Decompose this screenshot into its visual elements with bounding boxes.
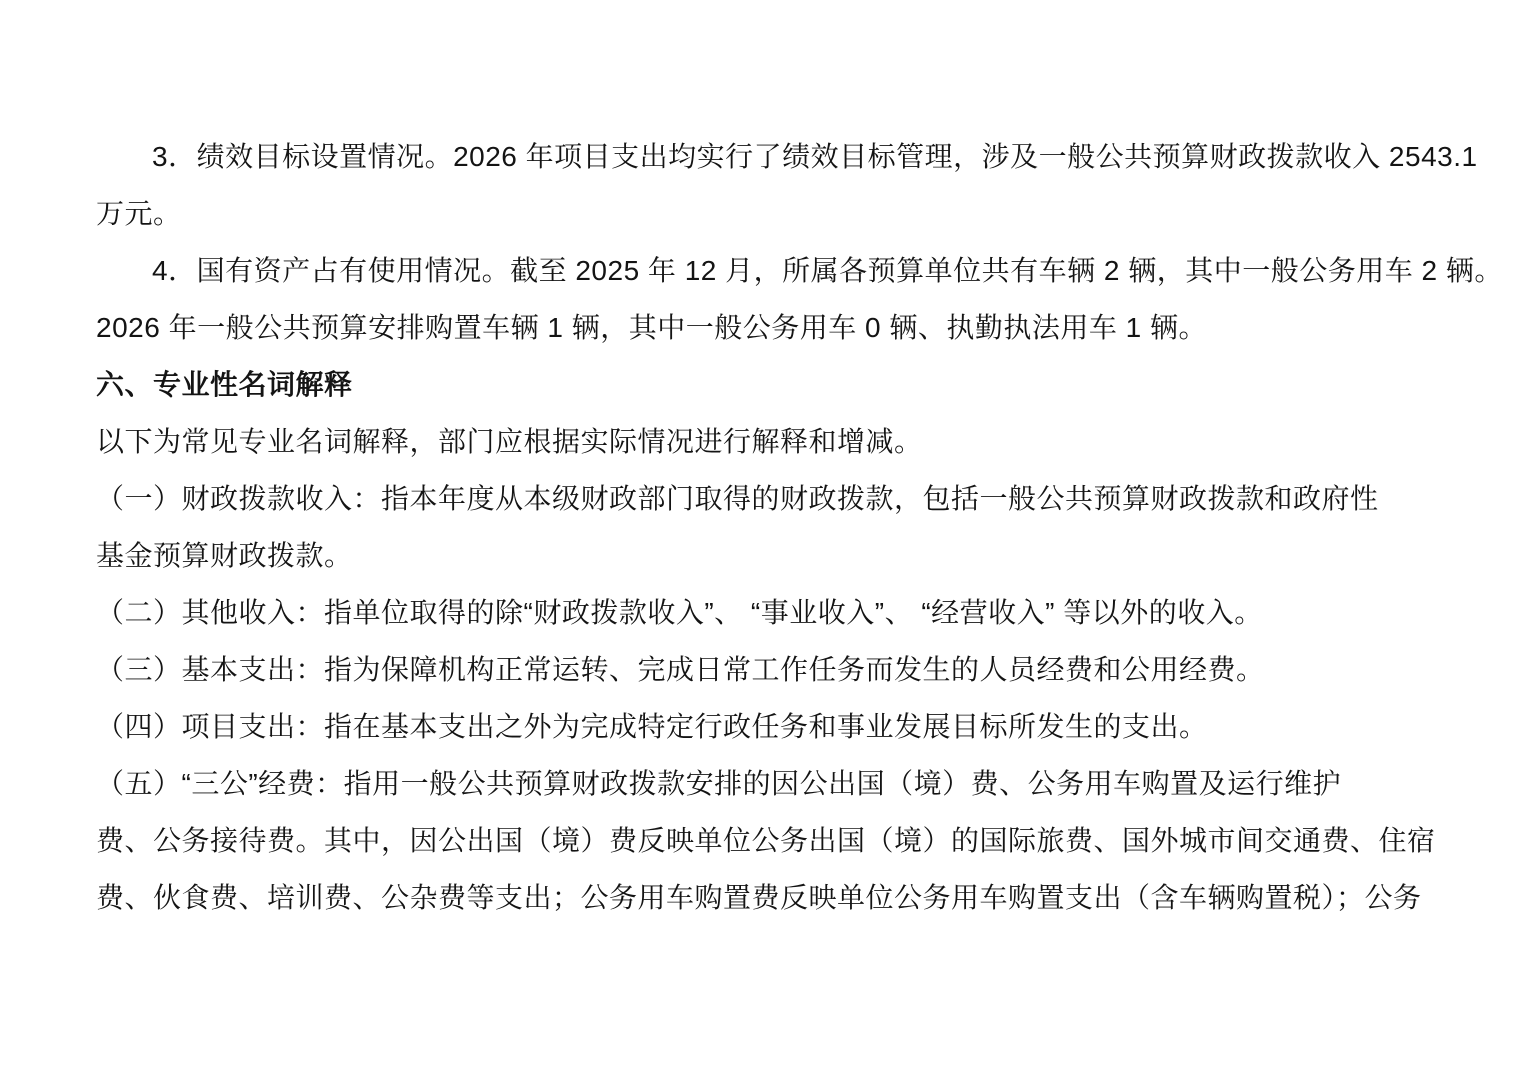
para-state-assets-line-1: 4．国有资产占有使用情况。截至 2025 年 12 月，所属各预算单位共有车辆 …: [96, 242, 1430, 299]
para-state-assets-line-2: 2026 年一般公共预算安排购置车辆 1 辆，其中一般公务用车 0 辆、执勤执法…: [96, 299, 1430, 356]
term-project-expenditure-line: （四）项目支出：指在基本支出之外为完成特定行政任务和事业发展目标所发生的支出。: [96, 698, 1430, 755]
section-heading-terminology: 六、专业性名词解释: [96, 356, 1430, 413]
document-body: 3．绩效目标设置情况。2026 年项目支出均实行了绩效目标管理，涉及一般公共预算…: [96, 128, 1430, 926]
para-performance-targets-line-2: 万元。: [96, 185, 1430, 242]
term-three-public-funds-line-1: （五）“三公”经费：指用一般公共预算财政拨款安排的因公出国（境）费、公务用车购置…: [96, 755, 1430, 812]
terms-intro-line: 以下为常见专业名词解释，部门应根据实际情况进行解释和增减。: [96, 413, 1430, 470]
term-three-public-funds-line-2: 费、公务接待费。其中，因公出国（境）费反映单位公务出国（境）的国际旅费、国外城市…: [96, 812, 1430, 869]
term-fiscal-appropriation-income-line-2: 基金预算财政拨款。: [96, 527, 1430, 584]
term-three-public-funds-line-3: 费、伙食费、培训费、公杂费等支出；公务用车购置费反映单位公务用车购置支出（含车辆…: [96, 869, 1430, 926]
document-page: 3．绩效目标设置情况。2026 年项目支出均实行了绩效目标管理，涉及一般公共预算…: [0, 0, 1520, 1074]
para-performance-targets-line-1: 3．绩效目标设置情况。2026 年项目支出均实行了绩效目标管理，涉及一般公共预算…: [96, 128, 1430, 185]
term-fiscal-appropriation-income-line-1: （一）财政拨款收入：指本年度从本级财政部门取得的财政拨款，包括一般公共预算财政拨…: [96, 470, 1430, 527]
term-basic-expenditure-line: （三）基本支出：指为保障机构正常运转、完成日常工作任务而发生的人员经费和公用经费…: [96, 641, 1430, 698]
term-other-income-line: （二）其他收入：指单位取得的除“财政拨款收入”、 “事业收入”、 “经营收入” …: [96, 584, 1430, 641]
